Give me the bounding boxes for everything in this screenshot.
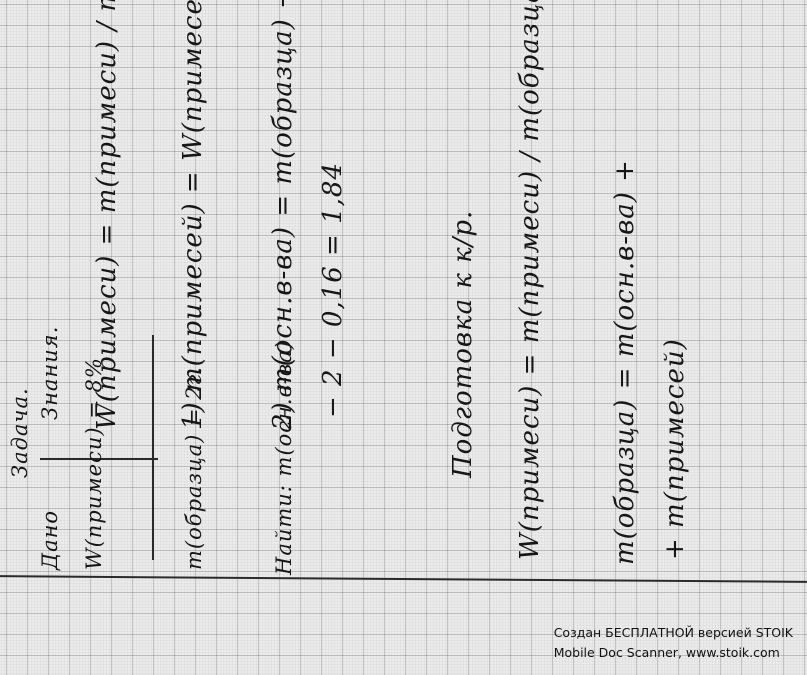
section2-line: + m(примесей) (660, 338, 690, 560)
formula-line: 2) m(осн.в-ва) = m(образца) − m(примесей… (268, 0, 298, 430)
section2-line: W(примеси) = m(примеси) / m(образца) · 1… (515, 0, 545, 560)
scanner-watermark: Создан БЕСПЛАТНОЙ версией STOIK Mobile D… (554, 623, 793, 663)
formula-line: 1) m(примесей) = W(примесей) · m(образца… (178, 0, 208, 430)
given-divider-vertical (152, 335, 154, 560)
section2-line: m(образца) = m(осн.в-ва) + (610, 159, 640, 565)
watermark-line-1: Создан БЕСПЛАТНОЙ версией STOIK (554, 623, 793, 643)
solution-header: Знания. (38, 326, 62, 420)
formula-line: − 2 − 0,16 = 1,84 (318, 162, 348, 418)
section2-title: Подготовка к к/р. (448, 210, 478, 478)
given-label: Дано (38, 510, 62, 570)
scanned-page: Задача. Знания. Дано W(примеси) = 8% m(о… (0, 0, 807, 675)
formula-line: W(примеси) = m(примеси) / m(образца) · 1… (92, 0, 122, 430)
watermark-line-2: Mobile Doc Scanner, www.stoik.com (554, 643, 793, 663)
problem-title: Задача. (8, 387, 32, 478)
